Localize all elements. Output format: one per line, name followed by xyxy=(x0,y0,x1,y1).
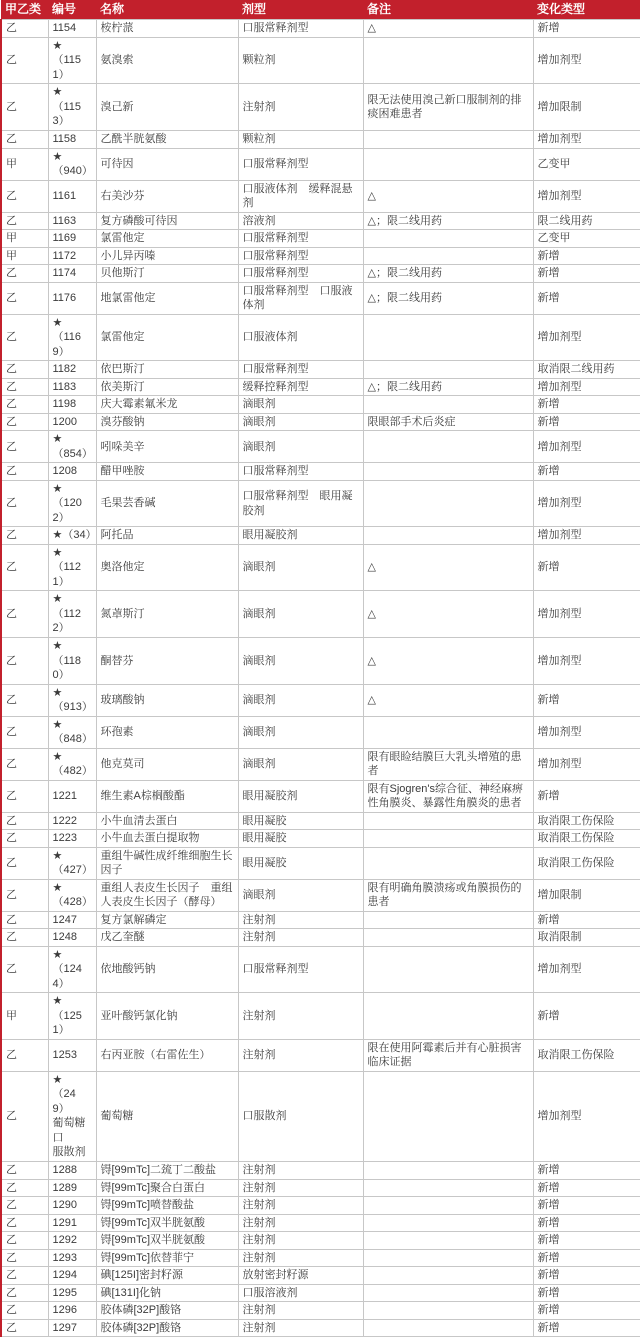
cell-change: 取消限工伤保险 xyxy=(533,812,640,830)
cell-change: 增加剂型 xyxy=(533,1071,640,1161)
cell-class: 乙 xyxy=(1,1071,48,1161)
table-row: 乙 1221 维生素A棕榈酸酯 眼用凝胶剂 限有Sjogren's综合征、神经麻… xyxy=(1,780,640,812)
cell-form: 滴眼剂 xyxy=(238,431,363,463)
cell-change: 增加剂型 xyxy=(533,431,640,463)
cell-form: 滴眼剂 xyxy=(238,716,363,748)
cell-number: 1222 xyxy=(48,812,96,830)
cell-form: 口服常释剂型 眼用凝胶剂 xyxy=(238,480,363,527)
cell-name: 溴己新 xyxy=(96,84,238,131)
cell-form: 滴眼剂 xyxy=(238,684,363,716)
cell-class: 乙 xyxy=(1,847,48,879)
cell-number: 1161 xyxy=(48,180,96,212)
cell-number: ★ （848） xyxy=(48,716,96,748)
cell-remark xyxy=(363,431,533,463)
cell-number: 1297 xyxy=(48,1319,96,1337)
cell-form: 眼用凝胶剂 xyxy=(238,780,363,812)
cell-class: 乙 xyxy=(1,20,48,38)
table-row: 乙 1292 锝[99mTc]双半胱氨酸 注射剂 新增 xyxy=(1,1232,640,1250)
cell-form: 眼用凝胶 xyxy=(238,830,363,848)
cell-remark: 限无法使用溴己新口服制剂的排痰困难患者 xyxy=(363,84,533,131)
cell-remark xyxy=(363,1197,533,1215)
cell-change: 新增 xyxy=(533,1302,640,1320)
cell-class: 乙 xyxy=(1,37,48,84)
cell-name: 毛果芸香碱 xyxy=(96,480,238,527)
cell-class: 乙 xyxy=(1,1232,48,1250)
cell-number: 1292 xyxy=(48,1232,96,1250)
cell-number: 1223 xyxy=(48,830,96,848)
cell-change: 增加剂型 xyxy=(533,716,640,748)
cell-number: 1176 xyxy=(48,282,96,314)
cell-form: 口服常释剂型 口服液体剂 xyxy=(238,282,363,314)
column-header-5: 备注 xyxy=(363,0,533,20)
table-row: 乙 1163 复方磷酸可待因 溶液剂 △；限二线用药 限二线用药 xyxy=(1,212,640,230)
column-header-6: 变化类型 xyxy=(533,0,640,20)
cell-number: 1253 xyxy=(48,1039,96,1071)
cell-name: 醋甲唑胺 xyxy=(96,463,238,481)
cell-class: 乙 xyxy=(1,480,48,527)
column-header-4: 剂型 xyxy=(238,0,363,20)
cell-name: 地氯雷他定 xyxy=(96,282,238,314)
cell-name: 锝[99mTc]双半胱氨酸 xyxy=(96,1232,238,1250)
cell-form: 滴眼剂 xyxy=(238,591,363,638)
cell-number: ★ （940） xyxy=(48,148,96,180)
cell-name: 锝[99mTc]二巯丁二酸盐 xyxy=(96,1162,238,1180)
cell-name: 复方磷酸可待因 xyxy=(96,212,238,230)
table-row: 乙 ★ （1151） 氨溴索 颗粒剂 增加剂型 xyxy=(1,37,640,84)
cell-form: 口服常释剂型 xyxy=(238,20,363,38)
table-row: 乙 1222 小牛血清去蛋白 眼用凝胶 取消限工伤保险 xyxy=(1,812,640,830)
cell-change: 取消限制 xyxy=(533,929,640,947)
cell-change: 增加限制 xyxy=(533,879,640,911)
cell-class: 甲 xyxy=(1,148,48,180)
cell-number: 1290 xyxy=(48,1197,96,1215)
table-row: 乙 1158 乙酰半胱氨酸 颗粒剂 增加剂型 xyxy=(1,131,640,149)
cell-form: 颗粒剂 xyxy=(238,131,363,149)
cell-remark xyxy=(363,527,533,545)
cell-change: 新增 xyxy=(533,684,640,716)
cell-form: 注射剂 xyxy=(238,84,363,131)
cell-name: 重组人表皮生长因子 重组人表皮生长因子（酵母） xyxy=(96,879,238,911)
cell-name: 依巴斯汀 xyxy=(96,361,238,379)
table-row: 乙 1154 桉柠蒎 口服常释剂型 △ 新增 xyxy=(1,20,640,38)
cell-change: 增加剂型 xyxy=(533,591,640,638)
cell-class: 乙 xyxy=(1,591,48,638)
cell-name: 戊乙奎醚 xyxy=(96,929,238,947)
cell-number: ★ （427） xyxy=(48,847,96,879)
cell-remark xyxy=(363,946,533,993)
cell-change: 新增 xyxy=(533,911,640,929)
table-row: 乙 1253 右丙亚胺（右雷佐生） 注射剂 限在使用阿霉素后并有心脏损害临床证据… xyxy=(1,1039,640,1071)
cell-form: 注射剂 xyxy=(238,1319,363,1337)
cell-class: 乙 xyxy=(1,463,48,481)
table-row: 乙 1296 胶体磷[32P]酸铬 注射剂 新增 xyxy=(1,1302,640,1320)
cell-class: 乙 xyxy=(1,946,48,993)
cell-class: 甲 xyxy=(1,247,48,265)
cell-class: 乙 xyxy=(1,431,48,463)
cell-form: 眼用凝胶 xyxy=(238,812,363,830)
cell-form: 眼用凝胶剂 xyxy=(238,527,363,545)
cell-form: 眼用凝胶 xyxy=(238,847,363,879)
table-row: 乙 1247 复方氯解磷定 注射剂 新增 xyxy=(1,911,640,929)
table-row: 乙 1288 锝[99mTc]二巯丁二酸盐 注射剂 新增 xyxy=(1,1162,640,1180)
cell-change: 新增 xyxy=(533,1267,640,1285)
cell-number: 1169 xyxy=(48,230,96,248)
table-row: 乙 1223 小牛血去蛋白提取物 眼用凝胶 取消限工伤保险 xyxy=(1,830,640,848)
table-row: 乙 ★ （1202） 毛果芸香碱 口服常释剂型 眼用凝胶剂 增加剂型 xyxy=(1,480,640,527)
cell-change: 增加剂型 xyxy=(533,180,640,212)
cell-remark xyxy=(363,847,533,879)
cell-name: 维生素A棕榈酸酯 xyxy=(96,780,238,812)
table-row: 乙 ★ （249） 葡萄糖口 服散剂 葡萄糖 口服散剂 增加剂型 xyxy=(1,1071,640,1161)
cell-number: 1221 xyxy=(48,780,96,812)
cell-remark: △ xyxy=(363,20,533,38)
cell-remark xyxy=(363,131,533,149)
cell-change: 新增 xyxy=(533,1162,640,1180)
cell-change: 新增 xyxy=(533,20,640,38)
cell-class: 乙 xyxy=(1,1284,48,1302)
cell-remark: △ xyxy=(363,637,533,684)
cell-name: 复方氯解磷定 xyxy=(96,911,238,929)
cell-number: 1182 xyxy=(48,361,96,379)
table-row: 乙 1297 胶体磷[32P]酸铬 注射剂 新增 xyxy=(1,1319,640,1337)
cell-remark xyxy=(363,361,533,379)
cell-number: 1208 xyxy=(48,463,96,481)
cell-change: 新增 xyxy=(533,1179,640,1197)
table-row: 甲 1169 氯雷他定 口服常释剂型 乙变甲 xyxy=(1,230,640,248)
table-row: 乙 ★ （1122） 氮䓬斯汀 滴眼剂 △ 增加剂型 xyxy=(1,591,640,638)
cell-class: 乙 xyxy=(1,1162,48,1180)
cell-change: 新增 xyxy=(533,265,640,283)
cell-class: 乙 xyxy=(1,637,48,684)
cell-form: 注射剂 xyxy=(238,1232,363,1250)
table-row: 乙 ★ （1244） 依地酸钙钠 口服常释剂型 增加剂型 xyxy=(1,946,640,993)
cell-name: 亚叶酸钙氯化钠 xyxy=(96,993,238,1040)
cell-change: 新增 xyxy=(533,1214,640,1232)
cell-class: 乙 xyxy=(1,544,48,591)
cell-remark xyxy=(363,396,533,414)
table-row: 乙 ★ （854） 吲哚美辛 滴眼剂 增加剂型 xyxy=(1,431,640,463)
cell-name: 小儿异丙嗪 xyxy=(96,247,238,265)
cell-number: ★ （854） xyxy=(48,431,96,463)
cell-name: 锝[99mTc]双半胱氨酸 xyxy=(96,1214,238,1232)
cell-form: 放射密封籽源 xyxy=(238,1267,363,1285)
cell-name: 右丙亚胺（右雷佐生） xyxy=(96,1039,238,1071)
cell-form: 注射剂 xyxy=(238,1197,363,1215)
cell-class: 乙 xyxy=(1,396,48,414)
cell-remark xyxy=(363,1214,533,1232)
cell-class: 乙 xyxy=(1,84,48,131)
cell-remark xyxy=(363,1284,533,1302)
cell-form: 口服常释剂型 xyxy=(238,265,363,283)
cell-change: 新增 xyxy=(533,544,640,591)
cell-number: 1289 xyxy=(48,1179,96,1197)
cell-change: 限二线用药 xyxy=(533,212,640,230)
cell-change: 取消限工伤保险 xyxy=(533,847,640,879)
cell-number: ★（34） xyxy=(48,527,96,545)
cell-form: 溶液剂 xyxy=(238,212,363,230)
cell-number: 1288 xyxy=(48,1162,96,1180)
cell-change: 增加剂型 xyxy=(533,314,640,361)
cell-remark: △；限二线用药 xyxy=(363,378,533,396)
cell-name: 奥洛他定 xyxy=(96,544,238,591)
drug-list-page: 甲乙类编号名称剂型备注变化类型 乙 1154 桉柠蒎 口服常释剂型 △ 新增 乙… xyxy=(0,0,640,1337)
cell-change: 新增 xyxy=(533,1249,640,1267)
cell-class: 乙 xyxy=(1,911,48,929)
cell-change: 增加剂型 xyxy=(533,480,640,527)
cell-number: 1154 xyxy=(48,20,96,38)
table-row: 甲 ★ （940） 可待因 口服常释剂型 乙变甲 xyxy=(1,148,640,180)
table-row: 乙 1294 碘[125I]密封籽源 放射密封籽源 新增 xyxy=(1,1267,640,1285)
cell-class: 乙 xyxy=(1,265,48,283)
cell-remark: 限有眼睑结膜巨大乳头增殖的患者 xyxy=(363,748,533,780)
cell-form: 注射剂 xyxy=(238,1302,363,1320)
cell-name: 环孢素 xyxy=(96,716,238,748)
cell-class: 乙 xyxy=(1,212,48,230)
cell-form: 口服常释剂型 xyxy=(238,247,363,265)
cell-number: ★ （1151） xyxy=(48,37,96,84)
cell-number: 1172 xyxy=(48,247,96,265)
cell-class: 乙 xyxy=(1,830,48,848)
cell-class: 乙 xyxy=(1,1319,48,1337)
cell-remark: △；限二线用药 xyxy=(363,265,533,283)
cell-change: 新增 xyxy=(533,780,640,812)
cell-form: 口服液体剂 xyxy=(238,314,363,361)
cell-change: 增加剂型 xyxy=(533,946,640,993)
cell-form: 注射剂 xyxy=(238,1179,363,1197)
cell-number: ★ （913） xyxy=(48,684,96,716)
cell-form: 口服常释剂型 xyxy=(238,230,363,248)
cell-change: 新增 xyxy=(533,413,640,431)
cell-name: 小牛血清去蛋白 xyxy=(96,812,238,830)
cell-name: 锝[99mTc]喷替酸盐 xyxy=(96,1197,238,1215)
cell-change: 增加剂型 xyxy=(533,637,640,684)
cell-number: 1183 xyxy=(48,378,96,396)
cell-remark: △ xyxy=(363,684,533,716)
cell-class: 乙 xyxy=(1,879,48,911)
cell-change: 取消限工伤保险 xyxy=(533,830,640,848)
cell-remark xyxy=(363,1319,533,1337)
cell-change: 新增 xyxy=(533,247,640,265)
table-row: 乙 1289 锝[99mTc]聚合白蛋白 注射剂 新增 xyxy=(1,1179,640,1197)
cell-class: 乙 xyxy=(1,684,48,716)
table-row: 乙 1161 右美沙芬 口服液体剂 缓释混悬剂 △ 增加剂型 xyxy=(1,180,640,212)
table-header: 甲乙类编号名称剂型备注变化类型 xyxy=(1,0,640,20)
cell-remark: △ xyxy=(363,591,533,638)
column-header-3: 名称 xyxy=(96,0,238,20)
cell-class: 乙 xyxy=(1,180,48,212)
table-row: 乙 1176 地氯雷他定 口服常释剂型 口服液体剂 △；限二线用药 新增 xyxy=(1,282,640,314)
table-row: 乙 ★ （428） 重组人表皮生长因子 重组人表皮生长因子（酵母） 滴眼剂 限有… xyxy=(1,879,640,911)
cell-form: 注射剂 xyxy=(238,1039,363,1071)
cell-change: 新增 xyxy=(533,993,640,1040)
cell-name: 依地酸钙钠 xyxy=(96,946,238,993)
drug-change-table: 甲乙类编号名称剂型备注变化类型 乙 1154 桉柠蒎 口服常释剂型 △ 新增 乙… xyxy=(0,0,640,1337)
cell-number: ★ （1122） xyxy=(48,591,96,638)
cell-change: 乙变甲 xyxy=(533,148,640,180)
table-row: 乙 1182 依巴斯汀 口服常释剂型 取消限二线用药 xyxy=(1,361,640,379)
cell-name: 氯雷他定 xyxy=(96,230,238,248)
table-row: 乙 1291 锝[99mTc]双半胱氨酸 注射剂 新增 xyxy=(1,1214,640,1232)
cell-number: ★ （1244） xyxy=(48,946,96,993)
cell-class: 乙 xyxy=(1,1302,48,1320)
cell-class: 乙 xyxy=(1,1267,48,1285)
table-row: 甲 1172 小儿异丙嗪 口服常释剂型 新增 xyxy=(1,247,640,265)
cell-form: 口服常释剂型 xyxy=(238,946,363,993)
table-row: 乙 1183 依美斯汀 缓释控释剂型 △；限二线用药 增加剂型 xyxy=(1,378,640,396)
table-body: 乙 1154 桉柠蒎 口服常释剂型 △ 新增 乙 ★ （1151） 氨溴索 颗粒… xyxy=(1,20,640,1337)
cell-change: 增加剂型 xyxy=(533,131,640,149)
cell-form: 滴眼剂 xyxy=(238,748,363,780)
cell-form: 口服溶液剂 xyxy=(238,1284,363,1302)
cell-name: 右美沙芬 xyxy=(96,180,238,212)
cell-form: 口服散剂 xyxy=(238,1071,363,1161)
cell-form: 注射剂 xyxy=(238,911,363,929)
table-row: 乙 ★（34） 阿托品 眼用凝胶剂 增加剂型 xyxy=(1,527,640,545)
cell-class: 甲 xyxy=(1,993,48,1040)
cell-number: 1296 xyxy=(48,1302,96,1320)
cell-change: 乙变甲 xyxy=(533,230,640,248)
cell-name: 乙酰半胱氨酸 xyxy=(96,131,238,149)
cell-change: 增加剂型 xyxy=(533,37,640,84)
cell-class: 乙 xyxy=(1,378,48,396)
cell-name: 胶体磷[32P]酸铬 xyxy=(96,1302,238,1320)
cell-remark xyxy=(363,148,533,180)
cell-name: 碘[131I]化钠 xyxy=(96,1284,238,1302)
cell-class: 乙 xyxy=(1,1179,48,1197)
cell-class: 甲 xyxy=(1,230,48,248)
table-row: 乙 1248 戊乙奎醚 注射剂 取消限制 xyxy=(1,929,640,947)
cell-number: ★ （1153） xyxy=(48,84,96,131)
cell-name: 玻璃酸钠 xyxy=(96,684,238,716)
cell-class: 乙 xyxy=(1,780,48,812)
table-row: 乙 1295 碘[131I]化钠 口服溶液剂 新增 xyxy=(1,1284,640,1302)
table-row: 乙 1293 锝[99mTc]依替菲宁 注射剂 新增 xyxy=(1,1249,640,1267)
cell-remark xyxy=(363,1232,533,1250)
cell-form: 注射剂 xyxy=(238,1162,363,1180)
cell-name: 酮替芬 xyxy=(96,637,238,684)
cell-remark xyxy=(363,830,533,848)
cell-class: 乙 xyxy=(1,716,48,748)
cell-number: 1158 xyxy=(48,131,96,149)
cell-remark: 限眼部手术后炎症 xyxy=(363,413,533,431)
cell-name: 阿托品 xyxy=(96,527,238,545)
cell-form: 滴眼剂 xyxy=(238,879,363,911)
cell-form: 滴眼剂 xyxy=(238,544,363,591)
cell-change: 新增 xyxy=(533,1319,640,1337)
cell-form: 注射剂 xyxy=(238,993,363,1040)
cell-change: 新增 xyxy=(533,1197,640,1215)
table-row: 乙 ★ （1169） 氯雷他定 口服液体剂 增加剂型 xyxy=(1,314,640,361)
cell-change: 增加剂型 xyxy=(533,527,640,545)
cell-remark xyxy=(363,1302,533,1320)
cell-change: 新增 xyxy=(533,1232,640,1250)
cell-remark: △；限二线用药 xyxy=(363,282,533,314)
table-row: 乙 1200 溴芬酸钠 滴眼剂 限眼部手术后炎症 新增 xyxy=(1,413,640,431)
cell-number: ★ （1202） xyxy=(48,480,96,527)
cell-form: 注射剂 xyxy=(238,929,363,947)
cell-number: 1293 xyxy=(48,1249,96,1267)
cell-remark xyxy=(363,1179,533,1197)
column-header-1: 甲乙类 xyxy=(1,0,48,20)
cell-number: ★ （428） xyxy=(48,879,96,911)
cell-name: 葡萄糖 xyxy=(96,1071,238,1161)
table-row: 乙 1290 锝[99mTc]喷替酸盐 注射剂 新增 xyxy=(1,1197,640,1215)
column-header-2: 编号 xyxy=(48,0,96,20)
cell-name: 贝他斯汀 xyxy=(96,265,238,283)
cell-number: ★ （482） xyxy=(48,748,96,780)
table-row: 乙 ★ （1180） 酮替芬 滴眼剂 △ 增加剂型 xyxy=(1,637,640,684)
cell-name: 氨溴索 xyxy=(96,37,238,84)
cell-form: 颗粒剂 xyxy=(238,37,363,84)
cell-name: 锝[99mTc]依替菲宁 xyxy=(96,1249,238,1267)
cell-number: 1294 xyxy=(48,1267,96,1285)
cell-remark xyxy=(363,1267,533,1285)
cell-remark xyxy=(363,37,533,84)
cell-form: 口服常释剂型 xyxy=(238,361,363,379)
cell-name: 依美斯汀 xyxy=(96,378,238,396)
cell-remark xyxy=(363,463,533,481)
cell-class: 乙 xyxy=(1,812,48,830)
cell-remark: 限有明确角膜溃疡或角膜损伤的患者 xyxy=(363,879,533,911)
cell-class: 乙 xyxy=(1,314,48,361)
cell-change: 增加剂型 xyxy=(533,378,640,396)
cell-number: 1248 xyxy=(48,929,96,947)
cell-remark xyxy=(363,480,533,527)
cell-form: 滴眼剂 xyxy=(238,413,363,431)
cell-class: 乙 xyxy=(1,1214,48,1232)
cell-number: 1247 xyxy=(48,911,96,929)
cell-name: 可待因 xyxy=(96,148,238,180)
cell-remark xyxy=(363,716,533,748)
cell-remark xyxy=(363,230,533,248)
cell-remark: △ xyxy=(363,180,533,212)
cell-number: ★ （1169） xyxy=(48,314,96,361)
table-row: 乙 ★ （1153） 溴己新 注射剂 限无法使用溴己新口服制剂的排痰困难患者 增… xyxy=(1,84,640,131)
cell-remark xyxy=(363,314,533,361)
cell-remark xyxy=(363,993,533,1040)
table-row: 乙 ★ （1121） 奥洛他定 滴眼剂 △ 新增 xyxy=(1,544,640,591)
cell-form: 注射剂 xyxy=(238,1214,363,1232)
cell-name: 锝[99mTc]聚合白蛋白 xyxy=(96,1179,238,1197)
cell-remark xyxy=(363,929,533,947)
cell-change: 新增 xyxy=(533,463,640,481)
cell-name: 吲哚美辛 xyxy=(96,431,238,463)
cell-remark: △ xyxy=(363,544,533,591)
cell-remark: 限在使用阿霉素后并有心脏损害临床证据 xyxy=(363,1039,533,1071)
table-row: 乙 ★ （848） 环孢素 滴眼剂 增加剂型 xyxy=(1,716,640,748)
cell-form: 口服常释剂型 xyxy=(238,148,363,180)
cell-class: 乙 xyxy=(1,361,48,379)
cell-number: ★ （249） 葡萄糖口 服散剂 xyxy=(48,1071,96,1161)
table-row: 甲 ★ （1251） 亚叶酸钙氯化钠 注射剂 新增 xyxy=(1,993,640,1040)
cell-class: 乙 xyxy=(1,131,48,149)
table-row: 乙 1174 贝他斯汀 口服常释剂型 △；限二线用药 新增 xyxy=(1,265,640,283)
cell-remark: 限有Sjogren's综合征、神经麻痹性角膜炎、暴露性角膜炎的患者 xyxy=(363,780,533,812)
cell-number: ★ （1121） xyxy=(48,544,96,591)
cell-form: 滴眼剂 xyxy=(238,396,363,414)
cell-class: 乙 xyxy=(1,413,48,431)
cell-number: ★ （1251） xyxy=(48,993,96,1040)
cell-class: 乙 xyxy=(1,929,48,947)
cell-form: 口服常释剂型 xyxy=(238,463,363,481)
cell-remark xyxy=(363,1249,533,1267)
cell-class: 乙 xyxy=(1,748,48,780)
cell-form: 缓释控释剂型 xyxy=(238,378,363,396)
cell-remark xyxy=(363,812,533,830)
cell-number: 1198 xyxy=(48,396,96,414)
cell-class: 乙 xyxy=(1,1039,48,1071)
cell-change: 新增 xyxy=(533,1284,640,1302)
